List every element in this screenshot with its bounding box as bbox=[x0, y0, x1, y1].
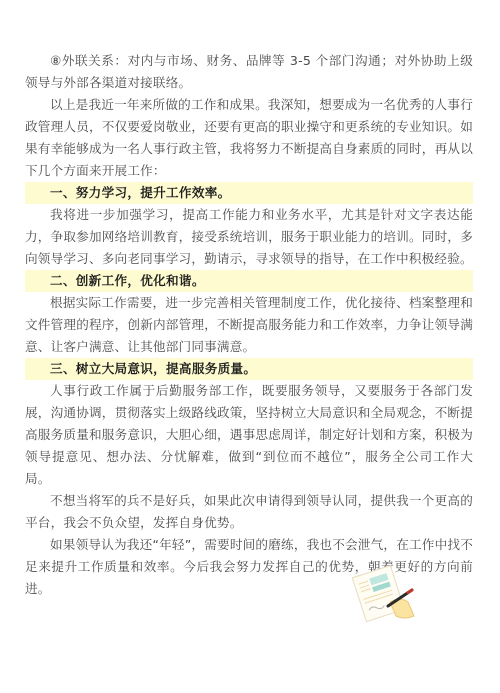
paragraph-innovate: 根据实际工作需要，进一步完善相关管理制度工作，优化接待、档案整理和文件管理的程序… bbox=[25, 292, 473, 358]
hand-writing-document-icon bbox=[350, 562, 422, 624]
document-page: ⑧外联关系：对内与市场、财务、品牌等 3-5 个部门沟通；对外协助上级领导与外部… bbox=[25, 50, 473, 600]
paragraph-summary: 以上是我近一年来所做的工作和成果。我深知，想要成为一名优秀的人事行政管理人员，不… bbox=[25, 94, 473, 182]
paragraph-ambition: 不想当将军的兵不是好兵，如果此次申请得到领导认同，提供我一个更高的平台，我会不负… bbox=[25, 490, 473, 534]
paragraph-study: 我将进一步加强学习，提高工作能力和业务水平，尤其是针对文字表达能力，争取参加网络… bbox=[25, 204, 473, 270]
heading-big-picture: 三、树立大局意识，提高服务质量。 bbox=[25, 358, 473, 380]
heading-study: 一、努力学习，提升工作效率。 bbox=[25, 182, 473, 204]
paragraph-external-relations: ⑧外联关系：对内与市场、财务、品牌等 3-5 个部门沟通；对外协助上级领导与外部… bbox=[25, 50, 473, 94]
paragraph-big-picture: 人事行政工作属于后勤服务部工作，既要服务领导，又要服务于各部门发展，沟通协调，贯… bbox=[25, 380, 473, 490]
heading-innovate: 二、创新工作，优化和谐。 bbox=[25, 270, 473, 292]
